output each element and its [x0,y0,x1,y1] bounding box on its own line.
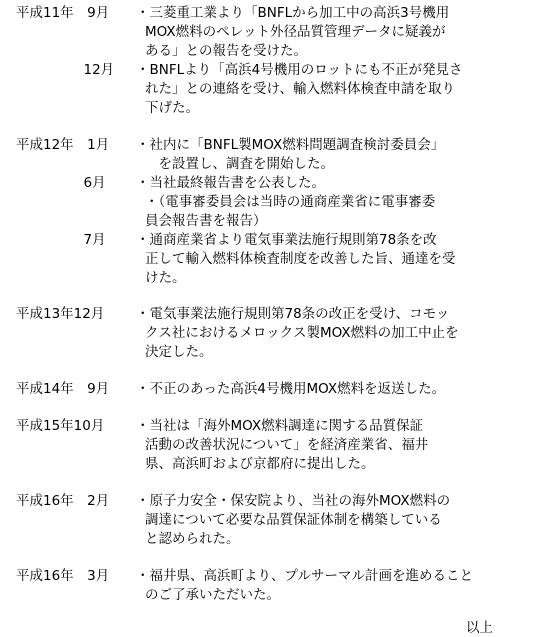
entry-text: ・電気事業法施行規則第78条の改正を受け、コモックス社におけるメロックス製MOX… [136,305,506,362]
entry-line: と認められた。 [136,530,506,549]
entry-date: 平成13年12月 [16,305,104,324]
entry-line: ・BNFLより「高浜4号機用のロットにも不正が発見さ [136,61,506,80]
entry-line: ・社内に「BNFL製MOX燃料問題調査検討委員会」 [136,136,506,155]
entry-text: ・不正のあった高浜4号機用MOX燃料を返送した。 [136,380,506,399]
entry-line: ある」との報告を受けた。 [136,42,506,61]
entry-line: ・原子力安全・保安院より、当社の海外MOX燃料の [136,492,506,511]
entry-line: ・福井県、高浜町より、プルサーマル計画を進めること [136,567,506,586]
entry-line: ・（電事審委員会は当時の通商産業省に電事審委 [136,193,506,212]
entry-line: ・不正のあった高浜4号機用MOX燃料を返送した。 [136,380,506,399]
entry-line: ・当社最終報告書を公表した。 [136,174,506,193]
entry-date: 平成15年10月 [16,417,104,436]
entry-line: 正して輸入燃料体検査制度を改善した旨、通達を受 [136,250,506,269]
entry-line: けた。 [136,269,506,288]
entry-date: 平成11年 9月 [16,4,109,23]
entry-line: を設置し、調査を開始した。 [136,155,506,174]
entry-date: 6月 [16,174,106,193]
entry-date: 平成12年 1月 [16,136,109,155]
entry-text: ・原子力安全・保安院より、当社の海外MOX燃料の調達について必要な品質保証体制を… [136,492,506,549]
entry-line: クス社におけるメロックス製MOX燃料の加工中止を [136,324,506,343]
entry-line: MOX燃料のペレット外径品質管理データに疑義が [136,23,506,42]
entry-line: 下げた。 [136,99,506,118]
entry-line: 県、高浜町および京都府に提出した。 [136,455,506,474]
entry-text: ・社内に「BNFL製MOX燃料問題調査検討委員会」 を設置し、調査を開始した。 [136,136,506,174]
entry-line: 員会報告書を報告） [136,212,506,231]
entry-line: ・電気事業法施行規則第78条の改正を受け、コモッ [136,305,506,324]
entry-date: 平成14年 9月 [16,380,109,399]
entry-line: のご了承いただいた。 [136,586,506,605]
entry-line: ・当社は「海外MOX燃料調達に関する品質保証 [136,417,506,436]
entry-line: ・三菱重工業より「BNFLから加工中の高浜3号機用 [136,4,506,23]
entry-date: 平成16年 3月 [16,567,109,586]
entry-line: れた」との連絡を受け、輸入燃料体検査申請を取り [136,80,506,99]
entry-date: 平成16年 2月 [16,492,109,511]
entry-text: ・当社は「海外MOX燃料調達に関する品質保証活動の改善状況について」を経済産業省… [136,417,506,474]
entry-text: ・当社最終報告書を公表した。 ・（電事審委員会は当時の通商産業省に電事審委員会報… [136,174,506,231]
entry-text: ・三菱重工業より「BNFLから加工中の高浜3号機用MOX燃料のペレット外径品質管… [136,4,506,61]
entry-text: ・通商産業省より電気事業法施行規則第78条を改正して輸入燃料体検査制度を改善した… [136,231,506,288]
closing-mark: 以上 [466,619,493,637]
entry-text: ・BNFLより「高浜4号機用のロットにも不正が発見された」との連絡を受け、輸入燃… [136,61,506,118]
entry-date: 12月 [16,61,114,80]
entry-line: 活動の改善状況について」を経済産業省、福井 [136,436,506,455]
entry-line: ・通商産業省より電気事業法施行規則第78条を改 [136,231,506,250]
entry-text: ・福井県、高浜町より、プルサーマル計画を進めることのご了承いただいた。 [136,567,506,605]
entry-line: 決定した。 [136,343,506,362]
entry-date: 7月 [16,231,106,250]
entry-line: 調達について必要な品質保証体制を構築している [136,511,506,530]
